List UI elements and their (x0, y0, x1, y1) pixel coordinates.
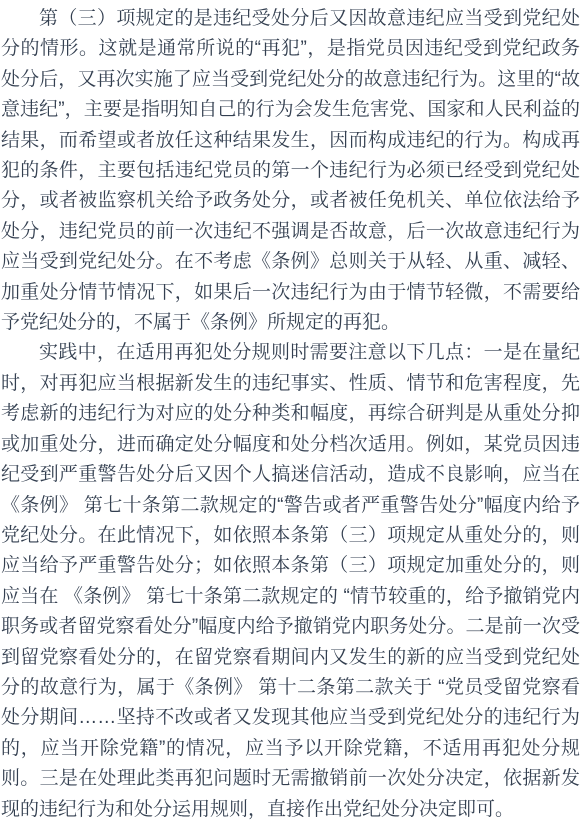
document-page: 第（三）项规定的是违纪受处分后又因故意违纪应当受到党纪处分的情形。这就是通常所说… (0, 0, 581, 822)
paragraph-regulation-definition: 第（三）项规定的是违纪受处分后又因故意违纪应当受到党纪处分的情形。这就是通常所说… (1, 4, 580, 338)
paragraph-practice-notes: 实践中，在适用再犯处分规则时需要注意以下几点：一是在量纪时，对再犯应当根据新发生… (1, 338, 580, 822)
